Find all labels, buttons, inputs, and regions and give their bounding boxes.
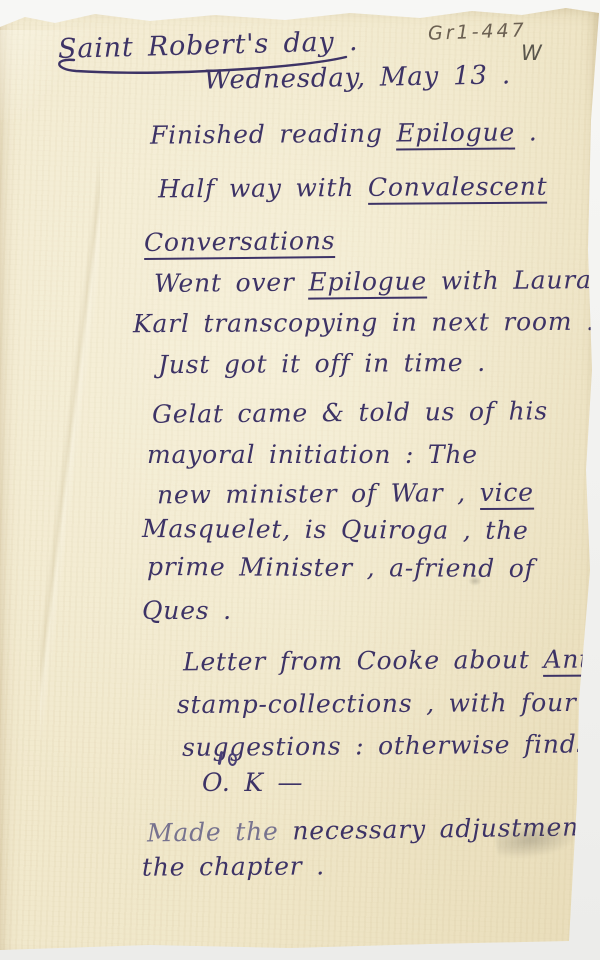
line-segment: mayoral initiation : The	[147, 440, 478, 469]
handwritten-line: Masquelet, is Quiroga , the	[142, 514, 529, 545]
handwritten-line: stamp-collections , with four	[177, 688, 577, 719]
handwritten-line: Finished reading Epilogue .	[150, 117, 538, 149]
scan-background: Gr1-447 W Saint Robert's day . Wednesday…	[0, 0, 600, 960]
line-segment: Saint Robert's day .	[58, 26, 359, 65]
line-segment: Wednesday, May 13 .	[204, 60, 511, 95]
line-segment: suggestions : otherwise finds it	[182, 729, 600, 762]
line-segment: Gelat came & told us of his	[152, 396, 548, 428]
line-segment: Made the	[147, 816, 293, 847]
handwritten-line: Just got it off in time .	[158, 348, 486, 379]
pencil-smudge	[468, 576, 482, 586]
corner-letter: W	[521, 41, 542, 65]
line-segment: Ques .	[142, 596, 232, 625]
line-segment: Went over	[154, 268, 309, 298]
underlined-word: Epilogue	[308, 267, 427, 300]
underlined-word: Epilogue	[396, 118, 515, 151]
line-segment: Karl transcopying in next room .	[133, 307, 595, 338]
handwritten-line: Ques .	[142, 596, 232, 625]
line-segment: O. K —	[202, 768, 303, 797]
handwritten-line: Gelat came & told us of his	[152, 396, 548, 428]
line-segment: new minister of War ,	[157, 478, 480, 509]
manuscript-paper: Gr1-447 W Saint Robert's day . Wednesday…	[0, 0, 600, 960]
handwritten-line: Wednesday, May 13 .	[204, 60, 511, 95]
line-segment: Finished reading	[150, 119, 397, 150]
line-segment: Letter from Cooke about	[183, 645, 544, 677]
line-segment: the chapter .	[142, 851, 325, 881]
line-segment: stamp-collections , with four	[177, 688, 577, 719]
handwritten-line: Half way with Convalescent	[158, 172, 548, 204]
line-segment: .	[515, 117, 538, 146]
underlined-word: vice	[480, 478, 534, 510]
handwritten-line: Saint Robert's day .	[58, 26, 359, 65]
handwritten-line: Conversations	[144, 226, 336, 257]
line-segment: Just got it off in time .	[158, 348, 486, 379]
underlined-word: Convalescent	[368, 172, 548, 205]
catalog-number: Gr1-447	[428, 19, 527, 44]
line-segment: with Laura	[427, 265, 592, 295]
handwritten-line: Letter from Cooke about Ant	[183, 645, 590, 677]
handwritten-line: the chapter .	[142, 851, 325, 881]
handwritten-line: new minister of War , vice	[157, 478, 534, 510]
underlined-word: Ant	[543, 645, 590, 677]
handwritten-line: suggestions : otherwise finds it	[182, 729, 600, 762]
handwritten-line: Karl transcopying in next room .	[133, 307, 595, 338]
handwritten-line: mayoral initiation : The	[147, 440, 478, 469]
handwritten-line: Went over Epilogue with Laura	[154, 265, 592, 298]
underlined-word: Conversations	[144, 226, 336, 260]
line-segment: Masquelet, is Quiroga , the	[142, 514, 529, 545]
stray-ink-mark	[228, 753, 237, 766]
handwritten-line: O. K —	[202, 768, 303, 797]
line-segment: Half way with	[158, 173, 368, 203]
paper-crease	[40, 120, 100, 740]
